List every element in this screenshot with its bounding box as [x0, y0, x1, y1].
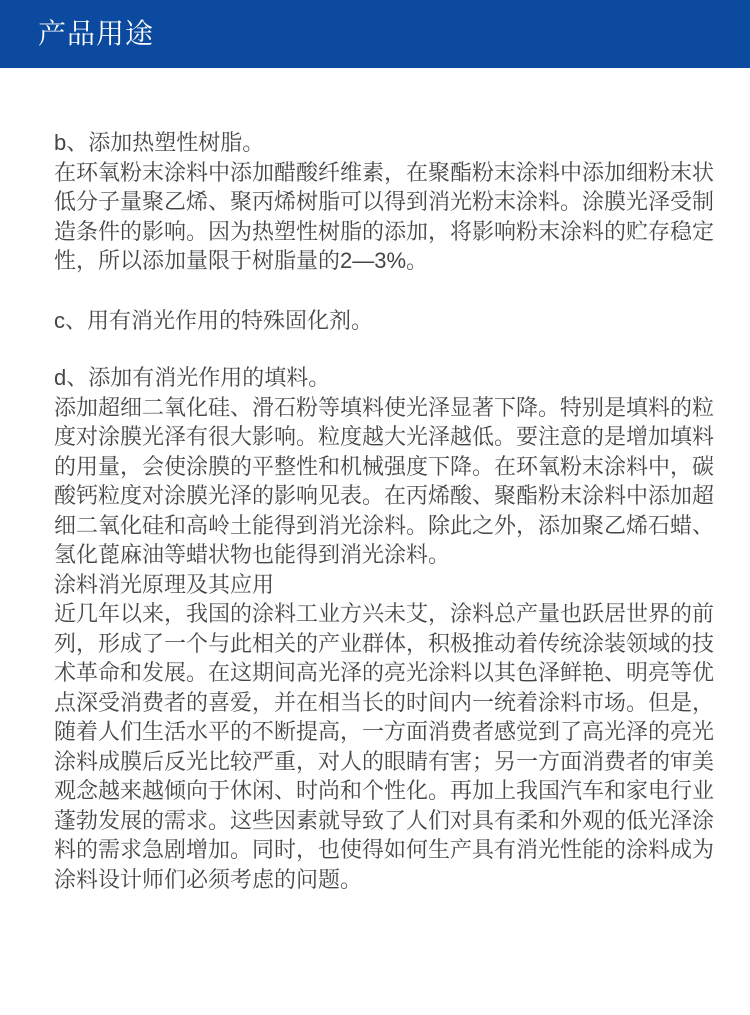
section-c-special-curing-agent: c、用有消光作用的特殊固化剂。: [54, 306, 714, 336]
item-c-heading: c、用有消光作用的特殊固化剂。: [54, 306, 714, 336]
item-b-paragraph: 在环氧粉末涂料中添加醋酸纤维素，在聚酯粉末涂料中添加细粉末状低分子量聚乙烯、聚丙…: [54, 158, 714, 276]
page-title: 产品用途: [38, 20, 154, 48]
section-d-matting-filler: d、添加有消光作用的填料。 添加超细二氧化硅、滑石粉等填料使光泽显著下降。特别是…: [54, 363, 714, 894]
document-page: 产品用途 b、添加热塑性树脂。 在环氧粉末涂料中添加醋酸纤维素，在聚酯粉末涂料中…: [0, 0, 750, 1015]
matting-principle-subtitle: 涂料消光原理及其应用: [54, 570, 714, 600]
item-b-heading: b、添加热塑性树脂。: [54, 128, 714, 158]
section-b-thermoplastic-resin: b、添加热塑性树脂。 在环氧粉末涂料中添加醋酸纤维素，在聚酯粉末涂料中添加细粉末…: [54, 128, 714, 276]
item-d-paragraph: 添加超细二氧化硅、滑石粉等填料使光泽显著下降。特别是填料的粒度对涂膜光泽有很大影…: [54, 393, 714, 570]
document-body: b、添加热塑性树脂。 在环氧粉末涂料中添加醋酸纤维素，在聚酯粉末涂料中添加细粉末…: [0, 68, 750, 894]
section-header-bar: 产品用途: [0, 0, 750, 68]
item-d-heading: d、添加有消光作用的填料。: [54, 363, 714, 393]
matting-principle-paragraph: 近几年以来，我国的涂料工业方兴未艾，涂料总产量也跃居世界的前列，形成了一个与此相…: [54, 599, 714, 894]
